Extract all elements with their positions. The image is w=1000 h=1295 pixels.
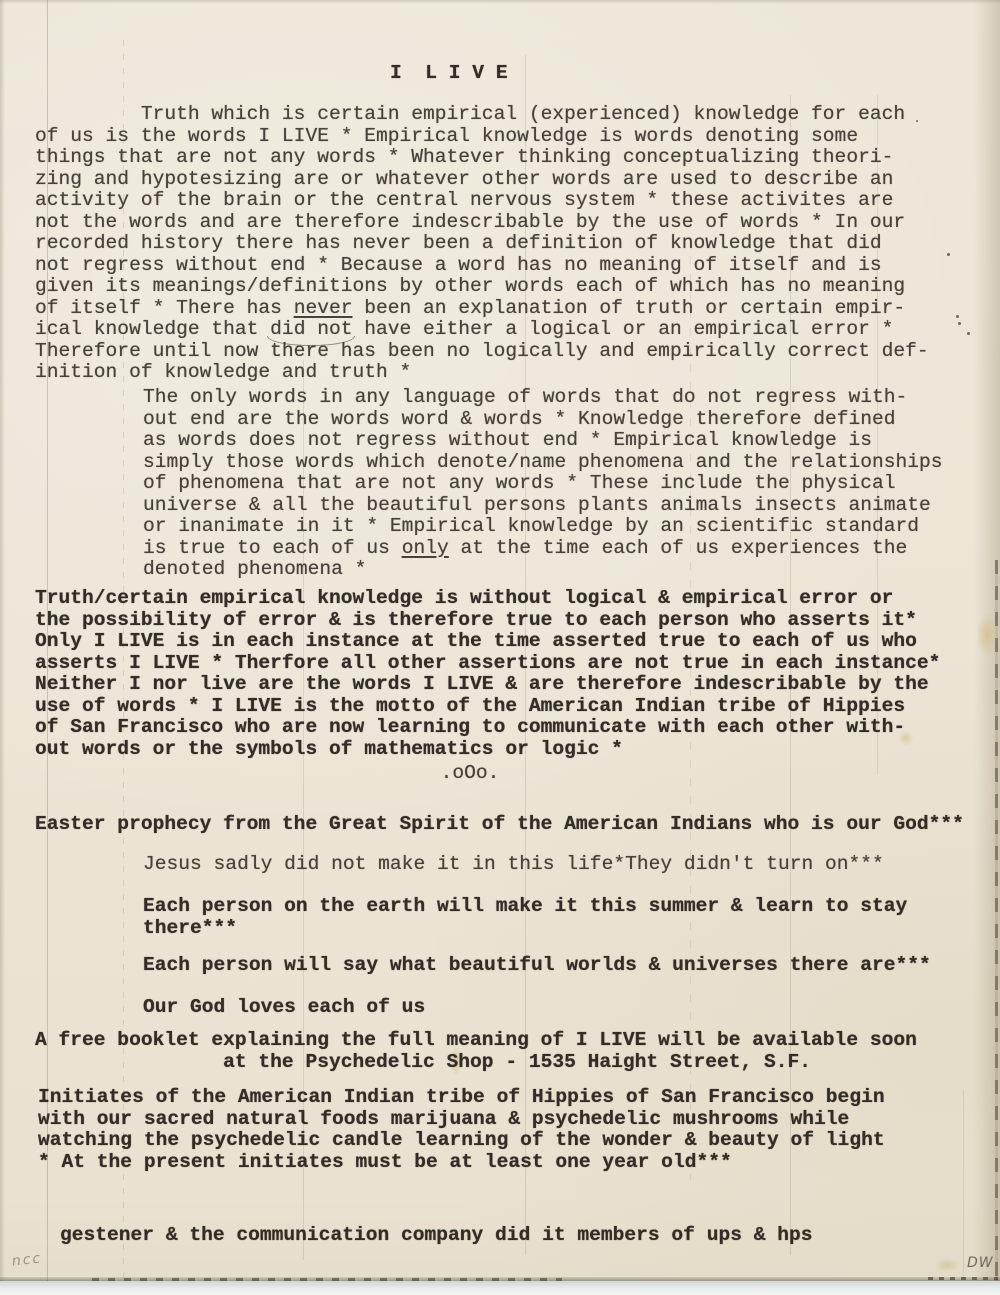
pencil-mark-bottom-left: ncc: [11, 1248, 43, 1273]
free-booklet-notice: A free booklet explaining the full meani…: [35, 1030, 917, 1073]
paper-stain: [934, 1258, 960, 1272]
paper-edge-right-shadow: [995, 560, 998, 1282]
prophecy-each-person-earth: Each person on the earth will make it th…: [143, 896, 907, 939]
section-divider: .oOo.: [35, 763, 905, 785]
para-truth-definition: Truth which is certain empirical (experi…: [35, 104, 929, 384]
paper-bottom-edge-dashes: [928, 1277, 998, 1280]
prophecy-our-god: Our God loves each of us: [143, 997, 425, 1019]
paper-edge-top: [0, 0, 1000, 4]
prophecy-each-person-say: Each person will say what beautiful worl…: [143, 955, 931, 977]
ink-speck: [967, 332, 970, 335]
scanner-background-strip: [0, 1281, 1000, 1295]
ink-speck: [956, 315, 959, 318]
para-only-words: The only words in any language of words …: [143, 387, 943, 581]
para-truth-certain: Truth/certain empirical knowledge is wit…: [35, 588, 940, 760]
prophecy-jesus: Jesus sadly did not make it in this life…: [143, 854, 884, 876]
gestener-credit: gestener & the communication company did…: [60, 1225, 813, 1247]
pencil-mark-bottom-right: DW: [967, 1253, 994, 1275]
scanned-typewritten-page: I L I V E Truth which is certain empiric…: [0, 0, 1000, 1295]
paper-edge-left: [0, 0, 5, 1282]
ink-speck: [947, 253, 950, 256]
initiates-paragraph: Initiates of the American Indian tribe o…: [38, 1087, 885, 1173]
page-title: I L I V E: [390, 63, 508, 85]
ink-speck: [958, 322, 961, 325]
fold-crease: [963, 1090, 964, 1280]
easter-prophecy: Easter prophecy from the Great Spirit of…: [35, 814, 964, 836]
